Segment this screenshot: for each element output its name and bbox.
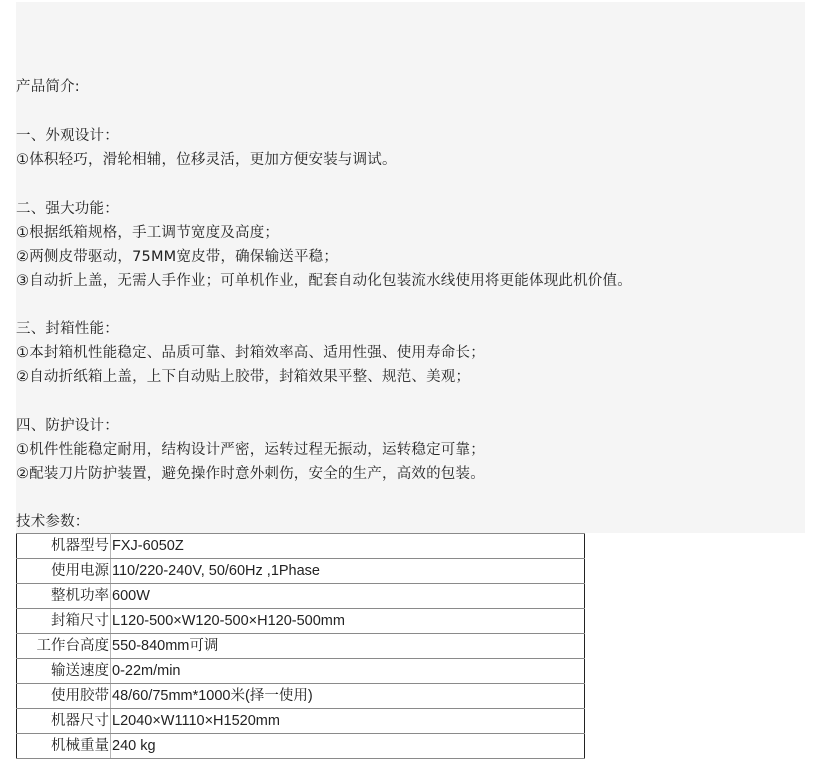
spec-label: 使用胶带 <box>17 684 111 709</box>
spec-value: 550-840mm可调 <box>111 634 585 659</box>
spec-value: 240 kg <box>111 734 585 759</box>
section-item: ②配装刀片防护装置，避免操作时意外刺伤，安全的生产，高效的包装。 <box>16 462 485 486</box>
table-row: 机器尺寸 L2040×W1110×H1520mm <box>17 709 585 734</box>
spec-label: 工作台高度 <box>17 634 111 659</box>
section-item: ①体积轻巧，滑轮相辅，位移灵活，更加方便安装与调试。 <box>16 148 397 172</box>
spec-value: L120-500×W120-500×H120-500mm <box>111 609 585 634</box>
spec-value: 48/60/75mm*1000米(择一使用) <box>111 684 585 709</box>
spec-label: 机器型号 <box>17 534 111 559</box>
intro-title: 产品简介: <box>16 75 80 99</box>
table-row: 封箱尺寸 L120-500×W120-500×H120-500mm <box>17 609 585 634</box>
table-row: 机械重量 240 kg <box>17 734 585 759</box>
spec-label: 机械重量 <box>17 734 111 759</box>
spec-value: 110/220-240V, 50/60Hz ,1Phase <box>111 559 585 584</box>
table-row: 整机功率 600W <box>17 584 585 609</box>
table-row: 输送速度 0-22m/min <box>17 659 585 684</box>
section-item: ②自动折纸箱上盖，上下自动贴上胶带，封箱效果平整、规范、美观； <box>16 365 470 389</box>
section-item: ②两侧皮带驱动，75MM宽皮带，确保输送平稳； <box>16 245 338 269</box>
spec-label: 机器尺寸 <box>17 709 111 734</box>
section-heading-functions: 二、强大功能： <box>16 197 119 221</box>
section-heading-protection: 四、防护设计： <box>16 414 119 438</box>
spec-label: 使用电源 <box>17 559 111 584</box>
spec-label: 封箱尺寸 <box>17 609 111 634</box>
spec-value: 0-22m/min <box>111 659 585 684</box>
spec-value: FXJ-6050Z <box>111 534 585 559</box>
spec-label: 整机功率 <box>17 584 111 609</box>
spec-table: 机器型号 FXJ-6050Z 使用电源 110/220-240V, 50/60H… <box>16 533 585 759</box>
spec-value: 600W <box>111 584 585 609</box>
table-row: 使用胶带 48/60/75mm*1000米(择一使用) <box>17 684 585 709</box>
section-item: ①根据纸箱规格，手工调节宽度及高度； <box>16 221 279 245</box>
section-item: ①本封箱机性能稳定、品质可靠、封箱效率高、适用性强、使用寿命长； <box>16 341 485 365</box>
table-row: 工作台高度 550-840mm可调 <box>17 634 585 659</box>
section-item: ③自动折上盖，无需人手作业；可单机作业，配套自动化包装流水线使用将更能体现此机价… <box>16 269 632 293</box>
spec-label: 输送速度 <box>17 659 111 684</box>
table-row: 使用电源 110/220-240V, 50/60Hz ,1Phase <box>17 559 585 584</box>
table-row: 机器型号 FXJ-6050Z <box>17 534 585 559</box>
section-item: ①机件性能稳定耐用，结构设计严密，运转过程无振动，运转稳定可靠； <box>16 438 485 462</box>
section-heading-appearance: 一、外观设计： <box>16 124 119 148</box>
section-heading-sealing: 三、封箱性能： <box>16 317 119 341</box>
specs-title: 技术参数： <box>16 510 90 534</box>
spec-value: L2040×W1110×H1520mm <box>111 709 585 734</box>
